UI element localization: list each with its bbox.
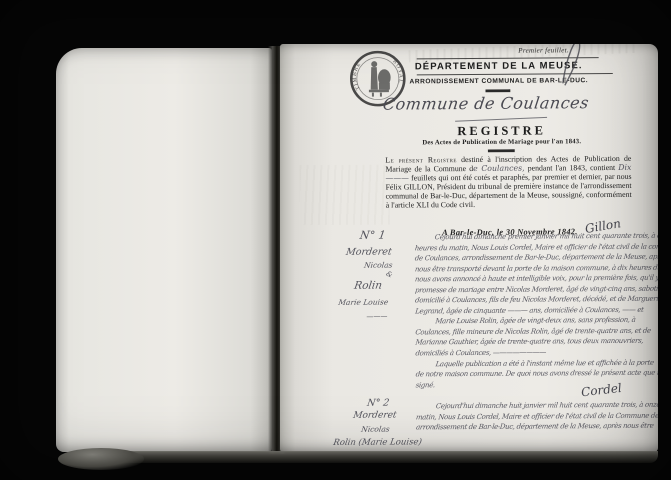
- act1-margin-groom-given: Nicolas: [363, 261, 393, 270]
- commune-line: Commune de Coulances: [382, 93, 605, 114]
- act2-margin-number: N° 2: [366, 398, 390, 409]
- act1-margin-groom-surname: Morderet: [345, 247, 392, 258]
- act1-margin-rule: ———: [366, 313, 388, 321]
- preamble-print-3: feuillets qui ont été cotés et paraphés,…: [386, 172, 632, 210]
- cordel-signature: Cordel: [580, 381, 622, 399]
- act1-margin-bride-given: Marie Louise: [338, 298, 389, 307]
- preamble-paragraph: Le présent Registre destiné à l'inscript…: [385, 154, 631, 210]
- page-corner-curl: [58, 448, 144, 470]
- handwritten-flourish: [551, 44, 601, 89]
- book-page-block-edge: [72, 451, 658, 463]
- act2-margin-groom-given: Nicolas: [361, 425, 391, 434]
- allegorical-figure-icon: [369, 61, 391, 97]
- act1-margin-separator: &: [385, 270, 394, 280]
- ink-bleedthrough: [299, 165, 389, 226]
- left-blank-page: [56, 48, 272, 452]
- preamble-handwritten-commune: e Coulances,: [473, 164, 525, 173]
- act2-margin-bride: Rolin (Marie Louise): [333, 437, 423, 448]
- book-photo: TIMBRE ROYAL: [0, 0, 671, 480]
- register-title: REGISTRE: [379, 123, 624, 140]
- act1-body: Cejourd'hui dimanche premier janvier mil…: [414, 232, 658, 392]
- commune-underline: [455, 117, 547, 122]
- register-page-content: TIMBRE ROYAL: [280, 44, 658, 452]
- act2-body: Cejourd'hui dimanche huit janvier mil hu…: [415, 401, 658, 434]
- header-ornament: [486, 90, 510, 92]
- act-line: arrondissement de Bar-le-Duc, départemen…: [415, 422, 658, 434]
- title-ornament: [488, 150, 514, 152]
- register-subtitle: Des Actes de Publication de Mariage pour…: [379, 138, 624, 147]
- act1-margin-bride-surname: Rolin: [353, 280, 383, 292]
- act2-margin-groom-surname: Morderet: [352, 411, 397, 421]
- register-page: TIMBRE ROYAL: [280, 44, 658, 452]
- act1-margin-number: N° 1: [359, 229, 387, 242]
